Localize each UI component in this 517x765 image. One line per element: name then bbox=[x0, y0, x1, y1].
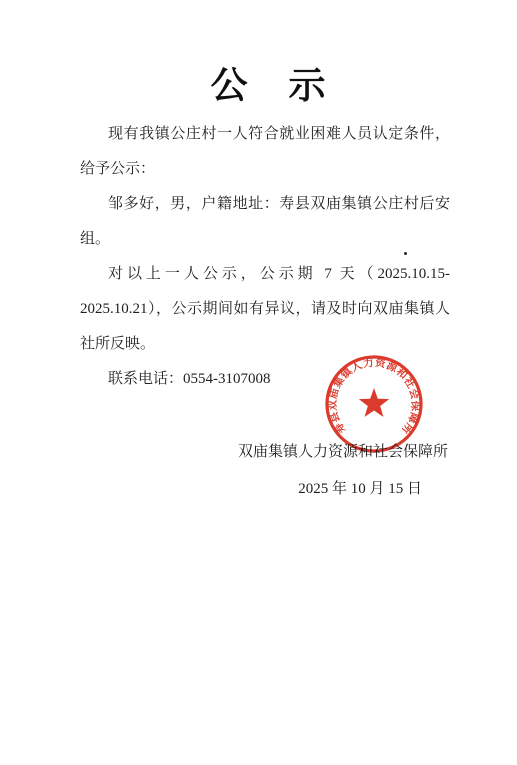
paragraph-contact-phone: 联系电话：0554-3107008 bbox=[80, 362, 450, 397]
document-body: 现有我镇公庄村一人符合就业困难人员认定条件，给予公示： 邹多好，男，户籍地址：寿… bbox=[80, 117, 450, 397]
stray-dot-mark bbox=[404, 252, 407, 255]
signature-date: 2025 年 10 月 15 日 bbox=[0, 470, 517, 508]
signature-block: 双庙集镇人力资源和社会保障所 2025 年 10 月 15 日 bbox=[0, 435, 517, 508]
paragraph-person-info: 邹多好，男，户籍地址：寿县双庙集镇公庄村后安组。 bbox=[80, 187, 450, 257]
announcement-document-page: 公 示 现有我镇公庄村一人符合就业困难人员认定条件，给予公示： 邹多好，男，户籍… bbox=[0, 0, 517, 765]
paragraph-publicity-period: 对以上一人公示，公示期 7 天（2025.10.15-2025.10.21），公… bbox=[80, 257, 450, 362]
document-title: 公 示 bbox=[0, 68, 517, 106]
signature-organization: 双庙集镇人力资源和社会保障所 bbox=[0, 435, 517, 470]
paragraph-intro: 现有我镇公庄村一人符合就业困难人员认定条件，给予公示： bbox=[80, 117, 450, 187]
